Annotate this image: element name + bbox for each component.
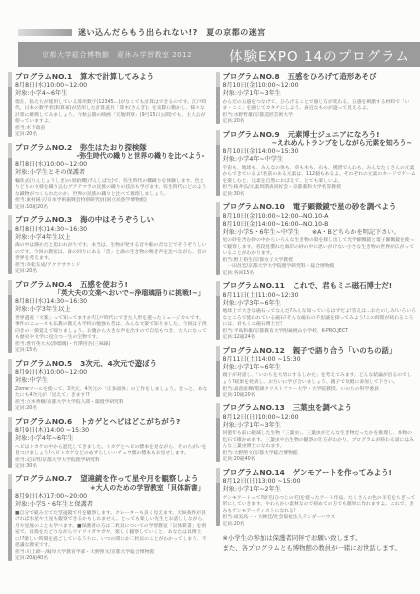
program-title: トカゲとヘビはどこがちがう? [80, 417, 180, 426]
banner-subtitle: 京都大学総合博物館 夏休み学習教室 2012 [42, 50, 192, 60]
program-description: 世界遺産「文楽」って知ってますか?江戸時代にできた人形を遣ったミュージカルです。… [15, 316, 209, 342]
program-side-bar [8, 143, 12, 210]
program-body: プログラムNO.8五感をひろげて造形あそび 8月10日(金)10:00~12:0… [223, 72, 417, 126]
program-number: プログラムNO.12 [223, 346, 285, 355]
program-schedule: 8月10日(金)10:00~12:00--NO.10-A 8月10日(金)14:… [223, 213, 417, 229]
program-block: プログラムNO.9元素博士ジュニアになろう! ~えれめんトランプをしながら元素を… [216, 130, 417, 199]
program-side-bar [216, 72, 220, 124]
program-target: 対象:小学3年~6年生 [223, 300, 417, 308]
program-description: 現在、私たちが使用している算用数字(12345…)がなくても計算はできるのです。… [15, 100, 209, 126]
program-block: プログラムNO.3海の中はそうぞうしい 8月8日(水)14:30~16:30 対… [8, 215, 209, 275]
program-title: 3次元、4次元で遊ぼう [80, 359, 157, 368]
program-block: プログラムNO.11これで、君もミニ磁石博士だ! 8月11日(土)11:00~1… [216, 281, 417, 341]
program-description: からだの五感をつなげて、ひろげることで感じ方が変わる。五感を刺激する材料で「いま… [223, 100, 417, 113]
program-capacity: 定員:10組20名 [15, 205, 209, 211]
program-title: ゲンモアートを作ってみよう! [293, 468, 392, 477]
program-body: プログラムNO.14ゲンモアートを作ってみよう! 8月12日(日)13:00 ~… [223, 468, 417, 528]
title-banner: 京都大学総合博物館 夏休み学習教室 2012 体験EXPO 14のプログラム [18, 42, 420, 67]
program-schedule: 8月9日(木)10:00~12:00 [15, 369, 209, 377]
program-side-bar [8, 474, 12, 560]
program-side-bar [8, 72, 12, 137]
program-body: プログラムNO.1算木で計算してみよう 8月8日(水)10:00~12:00 対… [15, 72, 209, 139]
program-body: プログラムNO.13三葉虫を調べよう 8月12日(日)10:00~12:00 対… [223, 403, 417, 463]
program-block: プログラムNO.2弥生はたおり探検隊 -弥生時代の織りと世界の織りを比べよう- … [8, 143, 209, 212]
program-description: 親子が対話し、「いのちを大切にするしかた」を考えてみます。どんな結論が出るのでし… [223, 373, 417, 386]
banner-title: 体験EXPO 14のプログラム [229, 45, 410, 65]
program-side-bar [216, 468, 220, 526]
program-description: 地球上で大きな磁石ってなんだ?みんな知っているはずだよ!答えは…おたのしみ!いろ… [223, 309, 417, 329]
program-title-line: プログラムNO.2弥生はたおり探検隊 [15, 143, 209, 152]
program-capacity: 定員:20名 [15, 269, 209, 275]
program-schedule: 8月8日(水)14:30~16:30 [15, 226, 209, 234]
program-block: プログラムNO.1算木で計算してみよう 8月8日(水)10:00~12:00 対… [8, 72, 209, 139]
program-subtitle: 「英大夫の文楽へおいで~浄瑠璃語りに挑戦!~」 [15, 289, 209, 297]
program-capacity: 定員:20名 [223, 119, 417, 125]
program-title: 元素博士ジュニアになろう! [288, 130, 380, 139]
program-title: 電子顕微鏡で星の砂を調べよう [293, 202, 396, 211]
program-target: 対象:小学1年~6年生 [223, 364, 417, 372]
program-body: プログラムNO.11これで、君もミニ磁石博士だ! 8月11日(土)11:00~1… [223, 281, 417, 341]
program-body: プログラムNO.53次元、4次元で遊ぼう 8月9日(木)10:00~12:00 … [15, 359, 209, 413]
program-capacity: 定員:20組40名 [15, 556, 209, 562]
program-target: 対象:小学生とその保護者 [15, 169, 209, 177]
program-side-bar [216, 281, 220, 339]
program-subtitle: -弥生時代の織りと世界の織りを比べよう- [15, 152, 209, 160]
program-target: 対象:小学1年~3年生 [223, 422, 417, 430]
column-right: プログラムNO.8五感をひろげて造形あそび 8月10日(金)10:00~12:0… [216, 72, 417, 567]
program-capacity: 定員:20名 [223, 522, 417, 528]
program-description: 輪状式(りんじょうしき)の原始機(げんしばた)で、弥生時代の機織りを体験します。… [15, 179, 209, 199]
program-description: ■自分で組み立てた望遠鏡で月を観察します。クレーターも良く見えます。天候条件が良… [15, 511, 209, 550]
program-number: プログラムNO.14 [223, 468, 285, 477]
program-number: プログラムNO.5 [15, 359, 72, 368]
program-number: プログラムNO.8 [223, 72, 280, 81]
program-block: プログラムNO.8五感をひろげて造形あそび 8月10日(金)10:00~12:0… [216, 72, 417, 126]
program-side-bar [8, 280, 12, 353]
program-body: プログラムNO.6トカゲとヘビはどこがちがう? 8月9日(木)14:00 ~15… [15, 417, 209, 471]
program-capacity: 定員:30名 [15, 464, 209, 470]
header-tagline: 迷い込んだらもう出られない!? 夏の京都の迷宮 [78, 27, 266, 38]
program-title: 望遠鏡を作って星や月を観察しよう [80, 474, 198, 483]
program-capacity: 定員:15名 [15, 348, 209, 354]
program-title-line: プログラムNO.12親子で語り合う「いのちの話」 [223, 346, 417, 355]
program-number: プログラムNO.7 [15, 474, 72, 483]
program-number: プログラムNO.13 [223, 403, 285, 412]
program-block: プログラムNO.10電子顕微鏡で星の砂を調べよう 8月10日(金)10:00~1… [216, 202, 417, 277]
program-side-bar [216, 202, 220, 275]
program-description: Zomeツールを使って、3次元、4次元の「正多面体」の工作をしましょう。きっと、… [15, 387, 209, 400]
program-target: 対象:小学1年~2年生 [223, 486, 417, 494]
program-block: プログラムNO.12親子で語り合う「いのちの話」 8月11日(土)14:00 ~… [216, 346, 417, 400]
program-capacity: 定員:20名 [15, 406, 209, 412]
program-description: ヘビはトカゲの中から進化してきました。トカゲとヘビの標本を見ながら、そのちがいを… [15, 445, 209, 458]
program-target: 対象:小学4年~中学生 [223, 156, 417, 164]
program-block: プログラムNO.14ゲンモアートを作ってみよう! 8月12日(日)13:00 ~… [216, 468, 417, 528]
program-title: これで、君もミニ磁石博士だ! [293, 281, 392, 290]
program-block: プログラムNO.7望遠鏡を作って星や月を観察しよう +大人のための学習教室「貝体… [8, 474, 209, 562]
program-capacity: 定員:12組24名 [223, 335, 417, 341]
program-block: プログラムNO.13三葉虫を調べよう 8月12日(日)10:00~12:00 対… [216, 403, 417, 463]
program-number: プログラムNO.1 [15, 72, 72, 81]
program-side-bar [8, 359, 12, 411]
program-number: プログラムNO.9 [223, 130, 280, 139]
program-schedule: 8月9日(木)14:00 ~15:30 [15, 427, 209, 435]
program-capacity: 定員:10組20名 [223, 393, 417, 399]
program-title-line: プログラムNO.7望遠鏡を作って星や月を観察しよう [15, 474, 209, 483]
program-title: 算木で計算してみよう [80, 72, 154, 81]
program-title: 海の中はそうぞうしい [80, 215, 154, 224]
program-block: プログラムNO.53次元、4次元で遊ぼう 8月9日(木)10:00~12:00 … [8, 359, 209, 413]
header-tagline-row: 迷い込んだらもう出られない!? 夏の京都の迷宮 [0, 0, 420, 38]
program-side-bar [8, 215, 12, 273]
tagline-decoration-bar [18, 29, 72, 36]
program-schedule: 8月8日(水)14:30~16:30 [15, 298, 209, 306]
program-title-line: プログラムNO.11これで、君もミニ磁石博士だ! [223, 281, 417, 290]
program-description: 星の砂を含む砂の中からいろんな生き物の殻を探し出して光学顕微鏡と電子顕微鏡を使っ… [223, 238, 417, 258]
program-body: プログラムNO.12親子で語り合う「いのちの話」 8月11日(土)14:00 ~… [223, 346, 417, 400]
program-description: 宇宙も、地球も、みんなの体も、草も木も、石も、携帯でんわも、みんなたくさんの元素… [223, 166, 417, 186]
program-block: プログラムNO.6トカゲとヘビはどこがちがう? 8月9日(木)14:00 ~15… [8, 417, 209, 471]
program-capacity: 定員:各回15名 [223, 271, 417, 277]
program-title-line: プログラムNO.1算木で計算してみよう [15, 72, 209, 81]
program-title-line: プログラムNO.6トカゲとヘビはどこがちがう? [15, 417, 209, 426]
program-title-line: プログラムNO.53次元、4次元で遊ぼう [15, 359, 209, 368]
program-description: 海の中は静かだと思われがちです。本当は、生物が発する音や船の音などでそうぞうしい… [15, 243, 209, 263]
program-title-line: プログラムNO.8五感をひろげて造形あそび [223, 72, 417, 81]
program-body: プログラムNO.4五感を使おう! 「英大夫の文楽へおいで~浄瑠璃語りに挑戦!~」… [15, 280, 209, 355]
program-number: プログラムNO.11 [223, 281, 285, 290]
program-title-line: プログラムNO.3海の中はそうぞうしい [15, 215, 209, 224]
program-number: プログラムNO.10 [223, 202, 285, 211]
program-side-bar [216, 403, 220, 461]
program-capacity: 定員:30名 [223, 192, 417, 198]
program-description: ゲンモアートって?原毛(ひつじの毛)を使ったアート作品。たくさんの色の羊毛をちぎ… [223, 496, 417, 516]
footer-note: ※小学生の参加は保護者同伴でお願い致します。 また、各プログラムとも博物館の教員… [223, 534, 417, 554]
program-subtitle: +大人のための学習教室「貝体新書」 [15, 484, 209, 492]
column-left: プログラムNO.1算木で計算してみよう 8月8日(水)10:00~12:00 対… [8, 72, 209, 567]
program-side-bar [8, 417, 12, 469]
program-target: 対象:中学生 [15, 377, 209, 385]
program-title: 五感を使おう! [80, 280, 128, 289]
program-number: プログラムNO.6 [15, 417, 72, 426]
flyer-page: 迷い込んだらもう出られない!? 夏の京都の迷宮 京都大学総合博物館 夏休み学習教… [0, 0, 420, 594]
program-schedule: 8月12日(日)10:00~12:00 [223, 414, 417, 422]
program-block: プログラムNO.4五感を使おう! 「英大夫の文楽へおいで~浄瑠璃語りに挑戦!~」… [8, 280, 209, 355]
program-schedule: 8月12日(日)13:00 ~15:00 [223, 478, 417, 486]
program-description: 何億年も前に絶滅した生物「三葉虫」。三葉虫がどんな生き物だったかを推理し、本物の… [223, 431, 417, 451]
program-body: プログラムNO.9元素博士ジュニアになろう! ~えれめんトランプをしながら元素を… [223, 130, 417, 199]
program-title-line: プログラムNO.14ゲンモアートを作ってみよう! [223, 468, 417, 477]
program-body: プログラムNO.7望遠鏡を作って星や月を観察しよう +大人のための学習教室「貝体… [15, 474, 209, 562]
program-title: 五感をひろげて造形あそび [288, 72, 377, 81]
program-title: 弥生はたおり探検隊 [80, 143, 147, 152]
program-number: プログラムNO.2 [15, 143, 72, 152]
program-side-bar [216, 130, 220, 197]
program-capacity: 定員:20組40名 [223, 457, 417, 463]
program-number: プログラムNO.4 [15, 280, 72, 289]
program-columns: プログラムNO.1算木で計算してみよう 8月8日(水)10:00~12:00 対… [0, 67, 420, 567]
program-body: プログラムNO.10電子顕微鏡で星の砂を調べよう 8月10日(金)10:00~1… [223, 202, 417, 277]
program-target: 対象:小学5・6年生~中学生 ※A・Bどちらかを明記下さい。 [223, 229, 417, 237]
program-staff: 担当:野上裕生/京都女子大学教授 一田昌宏/京都大学大学院理学研究科・総合博物館 [223, 258, 417, 271]
program-target: 対象:小学5・6年生と保護者 [15, 501, 209, 509]
program-target: 対象:小学4年生以上 [15, 234, 209, 242]
program-schedule: 8月9日(木)17:00~20:00 [15, 493, 209, 501]
program-title-line: プログラムNO.10電子顕微鏡で星の砂を調べよう [223, 202, 417, 211]
program-target: 対象:小学1年~3年生 [223, 90, 417, 98]
program-target: 対象:小学3年生以上 [15, 306, 209, 314]
program-number: プログラムNO.3 [15, 215, 72, 224]
program-title-line: プログラムNO.4五感を使おう! [15, 280, 209, 289]
program-side-bar [216, 346, 220, 398]
program-target: 対象:小学4年~6年生 [15, 435, 209, 443]
program-capacity: 定員:20名 [15, 132, 209, 138]
program-schedule: 8月11日(土)14:00 ~15:30 [223, 356, 417, 364]
program-body: プログラムNO.3海の中はそうぞうしい 8月8日(水)14:30~16:30 対… [15, 215, 209, 275]
program-title: 親子で語り合う「いのちの話」 [293, 346, 396, 355]
program-title-line: プログラムNO.13三葉虫を調べよう [223, 403, 417, 412]
program-subtitle: ~えれめんトランプをしながら元素を知ろう~ [223, 139, 417, 147]
program-title-line: プログラムNO.9元素博士ジュニアになろう! [223, 130, 417, 139]
program-target: 対象:小学4~6年生 [15, 90, 209, 98]
program-body: プログラムNO.2弥生はたおり探検隊 -弥生時代の織りと世界の織りを比べよう- … [15, 143, 209, 212]
program-schedule: 8月11日(土)11:00~12:30 [223, 292, 417, 300]
program-title: 三葉虫を調べよう [293, 403, 352, 412]
